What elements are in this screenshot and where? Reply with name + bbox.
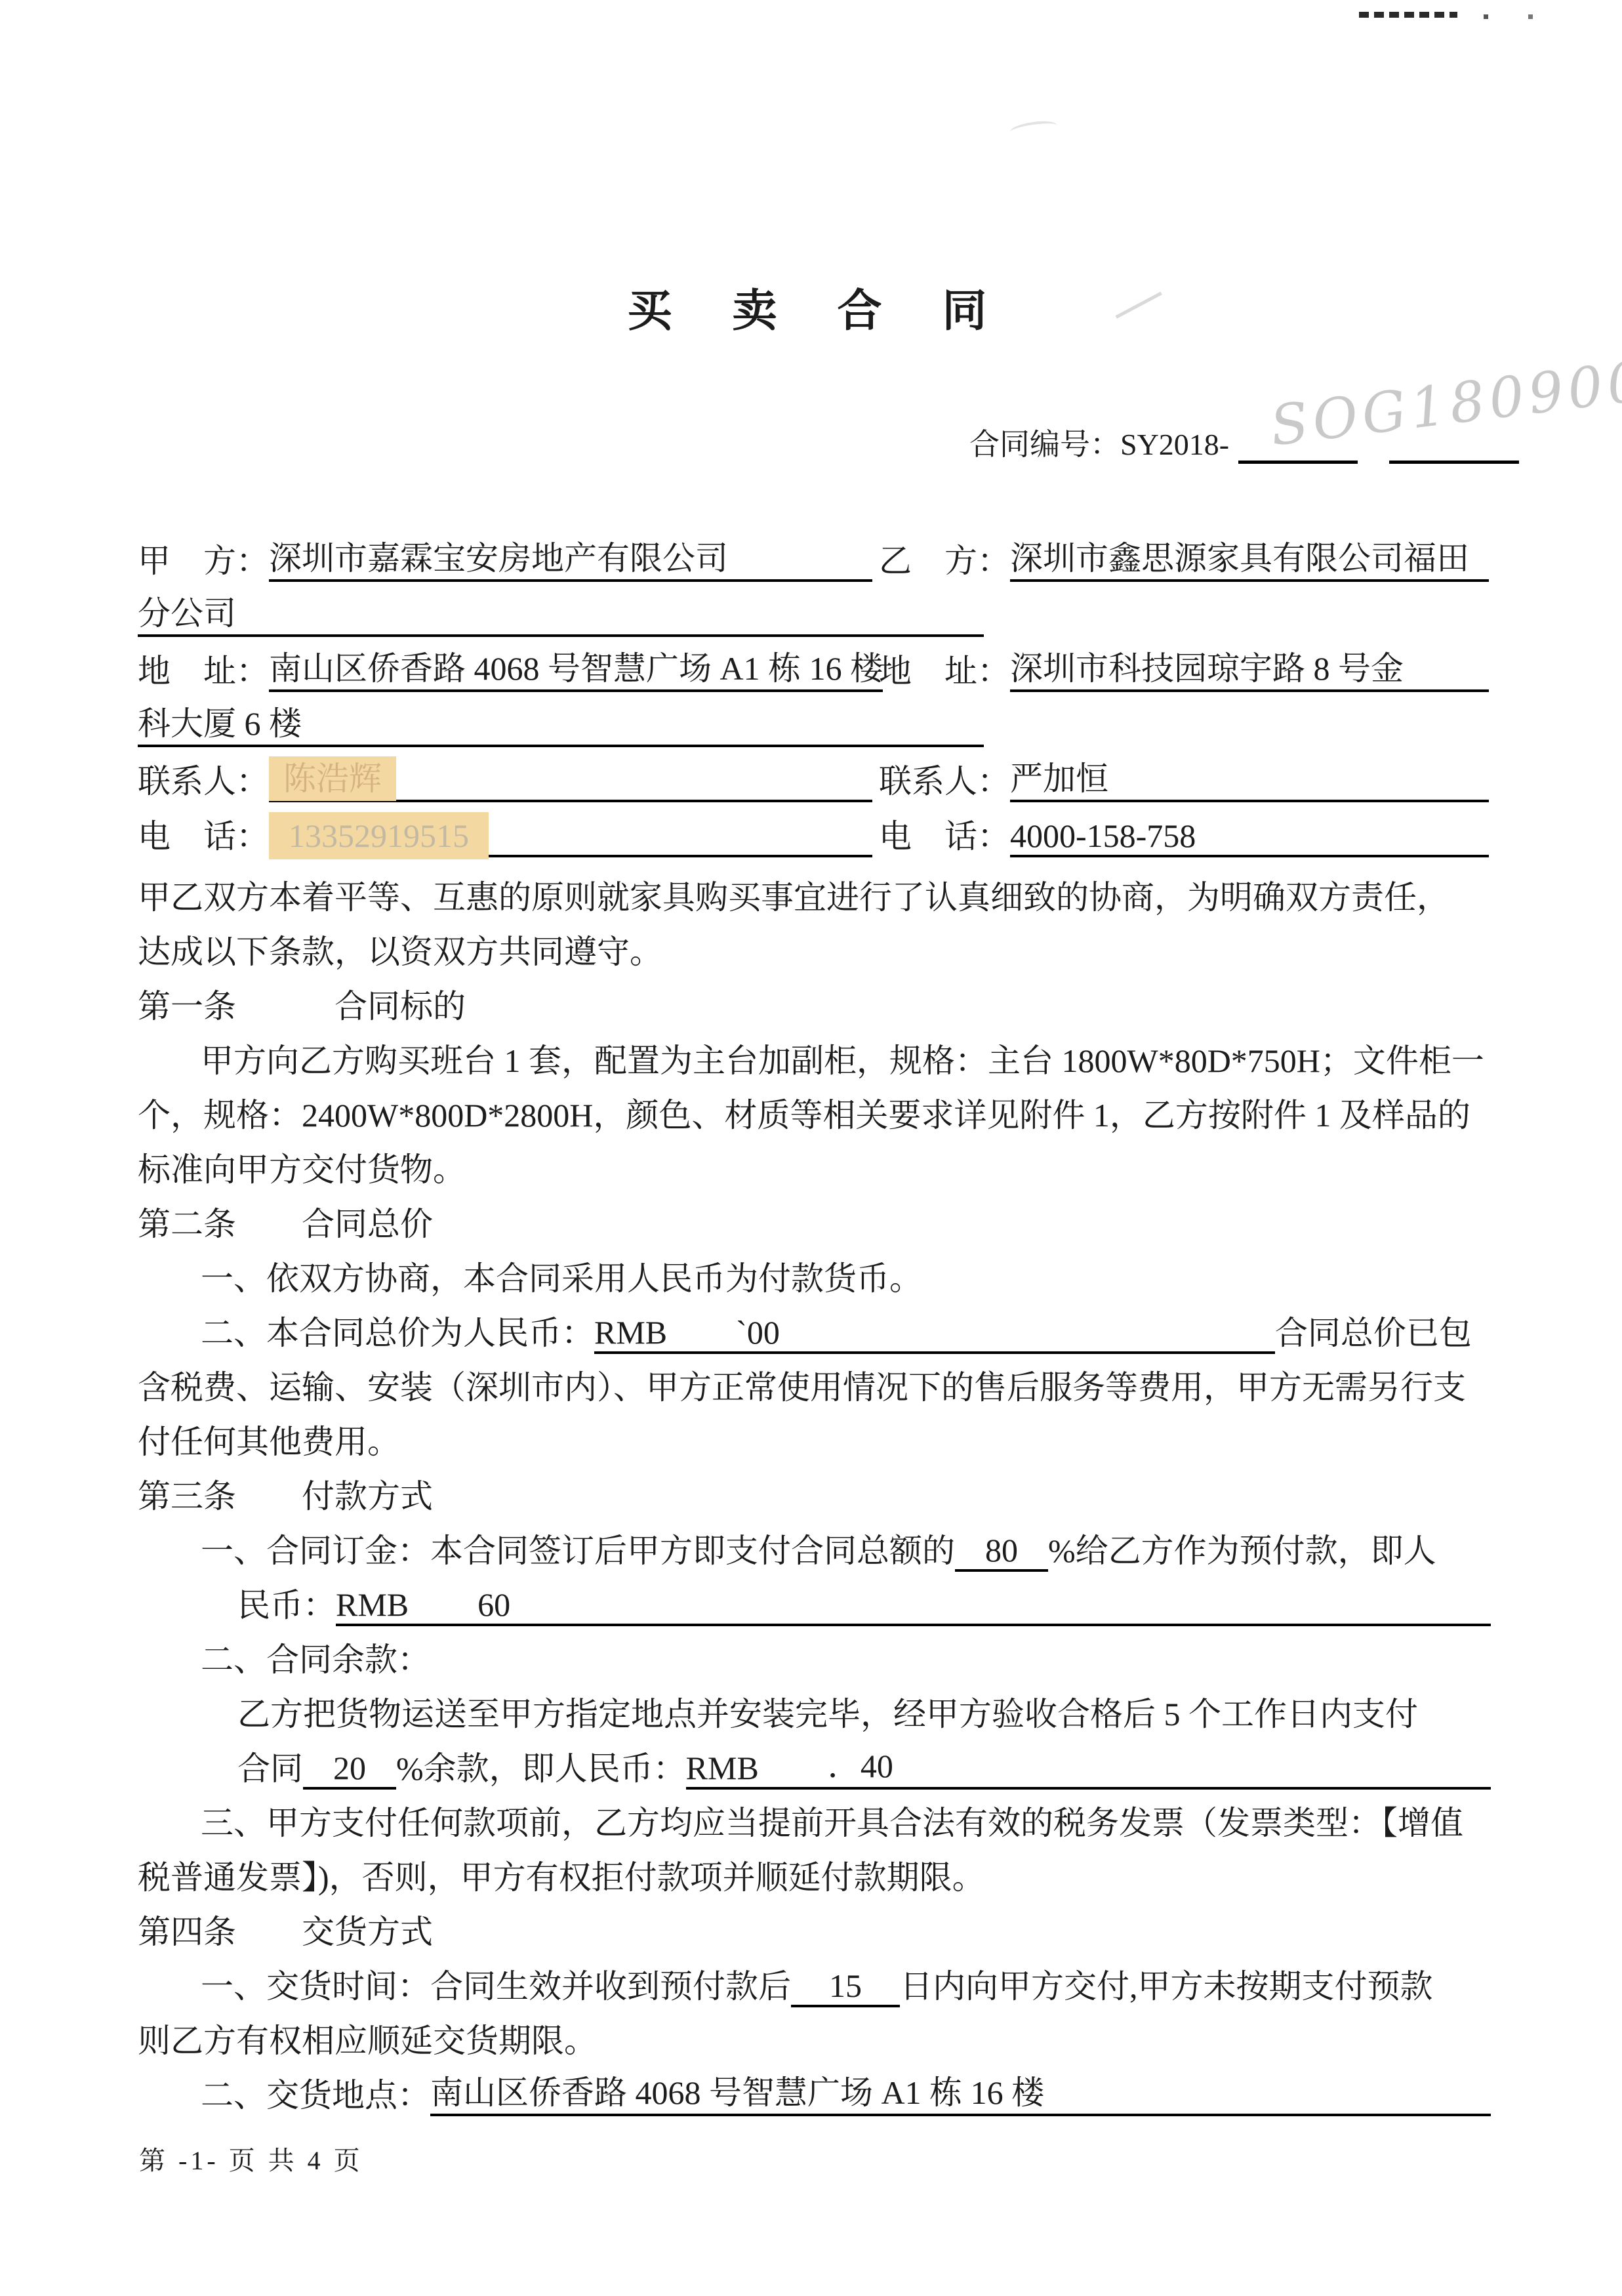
underline-fill — [1108, 800, 1489, 802]
contact-a-name-redacted: 陈浩辉 — [269, 756, 396, 801]
address-b-value: 深圳市科技园琼宇路 8 号金 — [1010, 642, 1404, 692]
party-row-contacts: 联系人： 陈浩辉 联系人： 严加恒 — [138, 747, 1489, 802]
document-title: 买 卖 合 同 — [0, 0, 1622, 339]
balance-amount-field: RMB ．40 — [686, 1740, 893, 1790]
deposit-amount-value: 60 — [477, 1586, 510, 1624]
underline-fill — [510, 1624, 1491, 1626]
section-3-item-2-line: 合同 20 %余款，即人民币： RMB ．40 — [138, 1735, 1491, 1790]
preamble-line: 甲乙双方本着平等、互惠的原则就家具购买事宜进行了认真细致的协商，为明确双方责任， — [138, 864, 1491, 918]
deposit-amount-field: RMB 60 — [336, 1586, 510, 1626]
phone-b-label: 电 话： — [879, 810, 1010, 857]
currency-label: RMB — [336, 1586, 409, 1624]
party-row-name-continuation: 分公司 — [138, 582, 1489, 637]
underline-fill — [302, 745, 984, 747]
currency-label: RMB — [594, 1313, 667, 1351]
section-1-heading: 第一条 合同标的 — [138, 973, 1491, 1027]
section-2-item-1: 一、依双方协商，本合同采用人民币为付款货币。 — [138, 1245, 1491, 1300]
section-2-item-2: 二、本合同总价为人民币： RMB ˋ00 合同总价已包 — [138, 1300, 1491, 1354]
total-price-field: RMB ˋ00 — [594, 1313, 780, 1354]
underline-fill — [1404, 689, 1489, 692]
underline-fill — [893, 1787, 1491, 1790]
section-2-heading: 第二条 合同总价 — [138, 1191, 1491, 1245]
section-3-item-1-continuation: 民币： RMB 60 — [138, 1572, 1491, 1626]
section-1-line: 甲方向乙方购买班台 1 套，配置为主台加副柜，规格：主台 1800W*80D*7… — [138, 1027, 1491, 1082]
preamble-line: 达成以下条款，以资双方共同遵守。 — [138, 918, 1491, 973]
delivery-days: 15 — [791, 1967, 900, 2007]
party-a-label: 甲 方： — [138, 535, 269, 582]
address-a-label: 地 址： — [138, 645, 269, 692]
contract-body: 甲乙双方本着平等、互惠的原则就家具购买事宜进行了认真细致的协商，为明确双方责任，… — [138, 864, 1491, 2116]
phone-b-number: 4000-158-758 — [1010, 817, 1196, 857]
section-3-item-2-line: 乙方把货物运送至甲方指定地点并安装完毕，经甲方验收合格后 5 个工作日内支付 — [138, 1681, 1491, 1735]
party-b-name-continuation: 分公司 — [138, 587, 236, 637]
contact-b-label: 联系人： — [879, 755, 1010, 802]
section-3-item-3-line: 税普通发票】)，否则，甲方有权拒付款项并顺延付款期限。 — [138, 1844, 1491, 1898]
underline-fill — [728, 579, 872, 582]
phone-a-number-redacted: 13352919515 — [269, 812, 489, 859]
section-4-item-1: 一、交货时间：合同生效并收到预付款后 15 日内向甲方交付,甲方未按期支付预款 — [138, 1953, 1491, 2007]
party-row-addresses: 地 址： 南山区侨香路 4068 号智慧广场 A1 栋 16 楼 地 址： 深圳… — [138, 637, 1489, 692]
section-3-item-1: 一、合同订金：本合同签订后甲方即支付合同总额的 80 %给乙方作为预付款，即人 — [138, 1517, 1491, 1572]
balance-percentage: 20 — [303, 1749, 396, 1790]
section-4-item-1-continuation: 则乙方有权相应顺延交货期限。 — [138, 2007, 1491, 2062]
party-row-address-continuation: 科大厦 6 楼 — [138, 692, 1489, 747]
address-b-continuation: 科大厦 6 楼 — [138, 697, 302, 747]
deposit-percentage: 80 — [955, 1531, 1048, 1572]
currency-label: RMB — [686, 1749, 759, 1787]
section-1-line: 个，规格：2400W*800D*2800H，颜色、材质等相关要求详见附件 1，乙… — [138, 1082, 1491, 1136]
contract-number-label: 合同编号：SY2018- — [969, 420, 1229, 464]
underline-fill — [1196, 855, 1489, 857]
underline-fill — [396, 800, 872, 802]
footer-page-info: 第 -1- 页 共 4 页 — [139, 2140, 363, 2177]
balance-amount-value: ．40 — [828, 1740, 893, 1787]
contract-page: 买 卖 合 同 SOG1809003/ 合同编号：SY2018- 甲 方： 深圳… — [0, 0, 1622, 2296]
address-b-label: 地 址： — [879, 645, 1010, 692]
section-3-item-2: 二、合同余款： — [138, 1626, 1491, 1681]
contact-b-name: 严加恒 — [1010, 752, 1108, 802]
underline-fill — [1044, 2114, 1491, 2116]
underline-fill — [780, 1351, 1275, 1354]
underline-fill — [236, 634, 984, 637]
party-a-name: 深圳市嘉霖宝安房地产有限公司 — [269, 532, 728, 582]
section-4-heading: 第四条 交货方式 — [138, 1898, 1491, 1953]
section-3-item-3-line: 三、甲方支付任何款项前，乙方均应当提前开具合法有效的税务发票（发票类型：【增值 — [138, 1790, 1491, 1844]
total-price-value: ˋ00 — [736, 1313, 780, 1351]
party-b-name: 深圳市鑫思源家具有限公司福田 — [1010, 532, 1469, 582]
delivery-address: 南山区侨香路 4068 号智慧广场 A1 栋 16 楼 — [430, 2066, 1044, 2116]
party-b-label: 乙 方： — [879, 535, 1010, 582]
section-3-heading: 第三条 付款方式 — [138, 1463, 1491, 1517]
contract-number-blank-1 — [1238, 461, 1358, 464]
phone-a-label: 电 话： — [138, 810, 269, 857]
scanner-dash-artifact — [1359, 12, 1457, 18]
party-row-phones: 电 话： 13352919515 电 话： 4000-158-758 — [138, 802, 1489, 857]
section-1-line: 标准向甲方交付货物。 — [138, 1136, 1491, 1191]
party-info-block: 甲 方： 深圳市嘉霖宝安房地产有限公司 乙 方： 深圳市鑫思源家具有限公司福田 … — [138, 527, 1489, 857]
address-a-value: 南山区侨香路 4068 号智慧广场 A1 栋 16 楼 — [269, 642, 883, 692]
section-2-line: 含税费、运输、安装（深圳市内）、甲方正常使用情况下的售后服务等费用，甲方无需另行… — [138, 1354, 1491, 1408]
section-2-line: 付任何其他费用。 — [138, 1408, 1491, 1463]
underline-fill — [489, 855, 872, 857]
contact-a-label: 联系人： — [138, 755, 269, 802]
scanner-dot-artifact — [1528, 14, 1533, 19]
party-row-names: 甲 方： 深圳市嘉霖宝安房地产有限公司 乙 方： 深圳市鑫思源家具有限公司福田 — [138, 527, 1489, 582]
underline-fill — [1469, 579, 1489, 582]
scanner-dot-artifact — [1484, 14, 1488, 19]
contract-number-blank-2 — [1389, 461, 1519, 464]
section-4-item-2: 二、交货地点： 南山区侨香路 4068 号智慧广场 A1 栋 16 楼 — [138, 2062, 1491, 2116]
